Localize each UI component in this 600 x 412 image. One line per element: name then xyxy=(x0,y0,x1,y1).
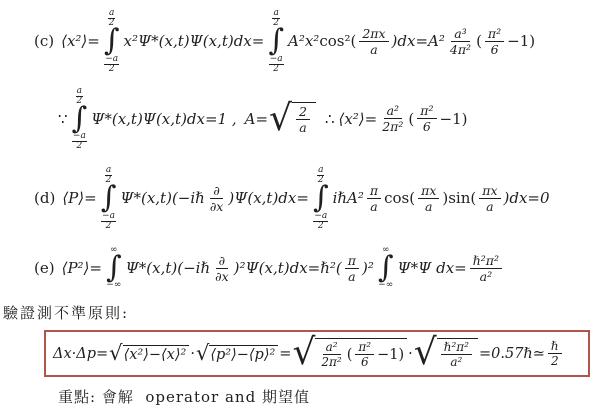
equation-d-label: (d) xyxy=(34,189,55,207)
uncertainty-box: Δx·Δp= √ ⟨x²⟩−⟨x⟩² · √ ⟨p²⟩−⟨p⟩² = √ a²2… xyxy=(44,330,590,376)
fraction: π²6 xyxy=(485,26,504,57)
equation-normalization: ∵ a2 ∫ −a2 Ψ*(x,t)Ψ(x,t)dx=1 , A= √ 2a ∴… xyxy=(0,86,600,153)
integral-sign: ∫ xyxy=(72,107,88,132)
radicand: ⟨x²⟩−⟨x⟩² xyxy=(123,345,190,363)
math-token: Ψ*Ψ dx= xyxy=(398,259,467,277)
fraction: πa xyxy=(345,253,359,284)
math-token: ⟨P²⟩= xyxy=(62,259,102,277)
integral-sign: ∫ xyxy=(101,186,117,211)
therefore-symbol: ∴ xyxy=(325,110,335,128)
equation-e: (e) ⟨P²⟩= ∞ ∫ −∞ Ψ*(x,t)(−iℏ ∂∂x )²Ψ(x,t… xyxy=(0,245,600,292)
fraction: πxa xyxy=(418,183,439,214)
math-token: cos²( xyxy=(319,32,356,50)
integral: a2 ∫ −a2 xyxy=(104,8,120,75)
equation-c: (c) ⟨x²⟩= a2 ∫ −a2 x²Ψ*(x,t)Ψ(x,t)dx= a2… xyxy=(0,8,600,75)
fraction: π²6 xyxy=(355,340,374,370)
math-token: ⟨P⟩= xyxy=(62,189,96,207)
radical-sign: √ xyxy=(196,344,209,363)
radicand: 2a xyxy=(292,102,316,135)
math-token: )² xyxy=(362,259,374,277)
integral-lower-limit: −a2 xyxy=(101,212,116,231)
fraction: 2πxa xyxy=(359,26,388,57)
math-token: Δx·Δp= xyxy=(53,346,108,362)
radical-sign: √ xyxy=(414,337,437,369)
square-root: √ a²2π² ( π²6 −1) xyxy=(292,337,407,369)
math-token: )sin( xyxy=(442,189,476,207)
math-token: · xyxy=(408,346,413,362)
math-token: Ψ*(x,t)Ψ(x,t)dx=1 , xyxy=(91,110,236,128)
integral: a2 ∫ −a2 xyxy=(313,165,329,232)
fraction: πxa xyxy=(479,183,500,214)
math-token: Ψ*(x,t)(−iℏ xyxy=(120,189,205,207)
math-token: ( xyxy=(408,110,414,128)
integral: ∞ ∫ −∞ xyxy=(378,245,394,292)
math-token: ( xyxy=(476,32,482,50)
integral: ∞ ∫ −∞ xyxy=(106,245,122,292)
radicand: ℏ²π²a² xyxy=(437,338,478,370)
fraction: a²2π² xyxy=(380,103,405,134)
equation-d: (d) ⟨P⟩= a2 ∫ −a2 Ψ*(x,t)(−iℏ ∂∂x )Ψ(x,t… xyxy=(0,165,600,232)
fraction: ℏ²π²a² xyxy=(470,253,502,284)
math-token: =0.57ℏ≃ xyxy=(479,346,545,362)
math-token: iℏA² xyxy=(333,189,364,207)
integral-sign: ∫ xyxy=(313,186,329,211)
integral-lower-limit: −a2 xyxy=(313,212,328,231)
fraction: π²6 xyxy=(417,103,436,134)
fraction: ∂∂x xyxy=(208,183,226,214)
math-token: A= xyxy=(245,110,268,128)
math-token: )dx= xyxy=(392,32,428,50)
fraction: a²2π² xyxy=(319,340,343,370)
integral-sign: ∫ xyxy=(106,256,122,281)
math-token: = xyxy=(279,346,291,362)
scanned-solution-page: (c) ⟨x²⟩= a2 ∫ −a2 x²Ψ*(x,t)Ψ(x,t)dx= a2… xyxy=(0,0,600,412)
integral: a2 ∫ −a2 xyxy=(268,8,284,75)
fraction: ℏ²π²a² xyxy=(441,340,472,370)
fraction: a³4π² xyxy=(448,26,473,57)
equation-c-label: (c) xyxy=(34,32,54,50)
integral: a2 ∫ −a2 xyxy=(72,86,88,153)
math-token: ⟨x²⟩= xyxy=(61,32,100,50)
square-root: √ ⟨x²⟩−⟨x⟩² xyxy=(109,344,189,363)
radicand: ⟨p²⟩−⟨p⟩² xyxy=(209,345,278,363)
integral: a2 ∫ −a2 xyxy=(101,165,117,232)
math-token: ⟨x²⟩= xyxy=(338,110,377,128)
radical-sign: √ xyxy=(292,337,315,369)
math-token: )²Ψ(x,t)dx=ℏ²( xyxy=(234,259,342,277)
math-token: )dx=0 xyxy=(504,189,550,207)
math-token: )Ψ(x,t)dx= xyxy=(228,189,309,207)
integral-lower-limit: −a2 xyxy=(72,132,87,151)
radical-sign: √ xyxy=(109,344,122,363)
math-token: ( xyxy=(347,347,353,363)
math-token: cos( xyxy=(384,189,415,207)
integral-lower-limit: −∞ xyxy=(106,281,121,290)
fraction: ∂∂x xyxy=(213,253,231,284)
integral-sign: ∫ xyxy=(104,29,120,54)
radical-sign: √ xyxy=(269,103,292,135)
integral-lower-limit: −∞ xyxy=(378,281,393,290)
math-token: −1) xyxy=(440,110,468,128)
because-symbol: ∵ xyxy=(58,110,68,128)
math-token: A² xyxy=(428,32,445,50)
square-root: √ ⟨p²⟩−⟨p⟩² xyxy=(196,344,278,363)
square-root: √ ℏ²π²a² xyxy=(414,337,478,369)
math-token: · xyxy=(190,346,195,362)
radicand: a²2π² ( π²6 −1) xyxy=(315,338,407,370)
integral-lower-limit: −a2 xyxy=(269,55,284,74)
fraction: πa xyxy=(367,183,381,214)
math-token: −1) xyxy=(377,347,404,363)
math-token: −1) xyxy=(507,32,535,50)
integral-lower-limit: −a2 xyxy=(104,55,119,74)
fraction: ℏ2 xyxy=(548,339,562,369)
math-token: A²x² xyxy=(288,32,319,50)
integral-sign: ∫ xyxy=(268,29,284,54)
fraction: 2a xyxy=(296,104,310,135)
equation-e-label: (e) xyxy=(34,259,55,277)
math-token: Ψ*(x,t)(−iℏ xyxy=(126,259,211,277)
math-token: x²Ψ*(x,t)Ψ(x,t)dx= xyxy=(124,32,265,50)
square-root: √ 2a xyxy=(269,102,316,135)
integral-sign: ∫ xyxy=(378,256,394,281)
key-point-note: 重點: 會解 operator and 期望值 xyxy=(0,386,600,407)
verify-uncertainty-heading: 驗證測不準原則: xyxy=(0,302,600,323)
